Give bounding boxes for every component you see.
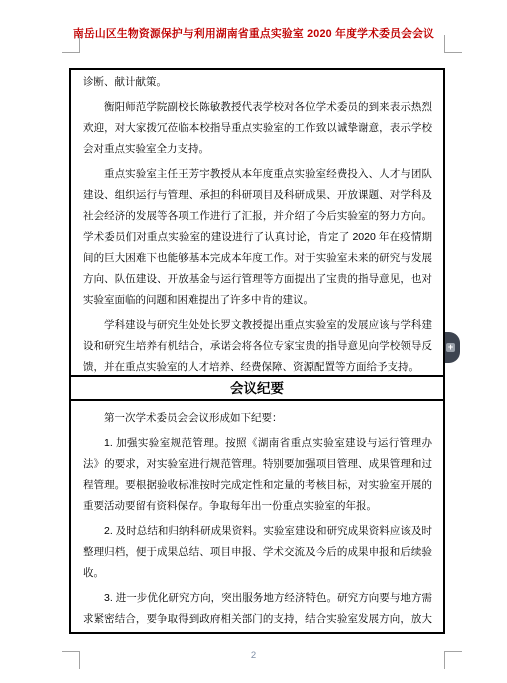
- minutes-item-1: 1. 加强实验室规范管理。按照《湖南省重点实验室建设与运行管理办法》的要求，对实…: [83, 433, 432, 517]
- text-boundary-mark-top-left: [62, 35, 80, 53]
- minutes-intro: 第一次学术委员会会议形成如下纪要：: [83, 408, 432, 429]
- section-heading-row: 会议纪要: [71, 375, 443, 401]
- minutes-item-3: 3. 进一步优化研究方向，突出服务地方经济特色。研究方向要与地方需求紧密结合，要…: [83, 588, 432, 630]
- minutes-section: 第一次学术委员会会议形成如下纪要： 1. 加强实验室规范管理。按照《湖南省重点实…: [71, 401, 443, 630]
- document-body-table: 诊断、献计献策。 衡阳师范学院副校长陈敏教授代表学校对各位学术委员的到来表示热烈…: [69, 68, 445, 634]
- text-boundary-mark-top-right: [444, 35, 462, 53]
- plus-icon: +: [446, 343, 455, 352]
- paragraph-welcome: 衡阳师范学院副校长陈敏教授代表学校对各位学术委员的到来表示热烈欢迎，对大家拨冗莅…: [83, 97, 432, 160]
- continuation-paragraph: 诊断、献计献策。: [83, 72, 432, 93]
- meeting-minutes-heading: 会议纪要: [230, 381, 284, 396]
- document-page: 南岳山区生物资源保护与利用湖南省重点实验室 2020 年度学术委员会会议 诊断、…: [0, 0, 507, 683]
- minutes-item-2: 2. 及时总结和归纳科研成果资料。实验室建设和研究成果资料应该及时整理归档，便于…: [83, 521, 432, 584]
- expand-tab-button[interactable]: +: [445, 332, 460, 363]
- page-number: 2: [0, 650, 507, 661]
- paragraph-dean-remarks: 学科建设与研究生处处长罗文教授提出重点实验室的发展应该与学科建设和研究生培养有机…: [83, 315, 432, 375]
- report-section: 诊断、献计献策。 衡阳师范学院副校长陈敏教授代表学校对各位学术委员的到来表示热烈…: [71, 70, 443, 375]
- paragraph-director-report: 重点实验室主任王芳宇教授从本年度重点实验室经费投入、人才与团队建设、组织运行与管…: [83, 164, 432, 311]
